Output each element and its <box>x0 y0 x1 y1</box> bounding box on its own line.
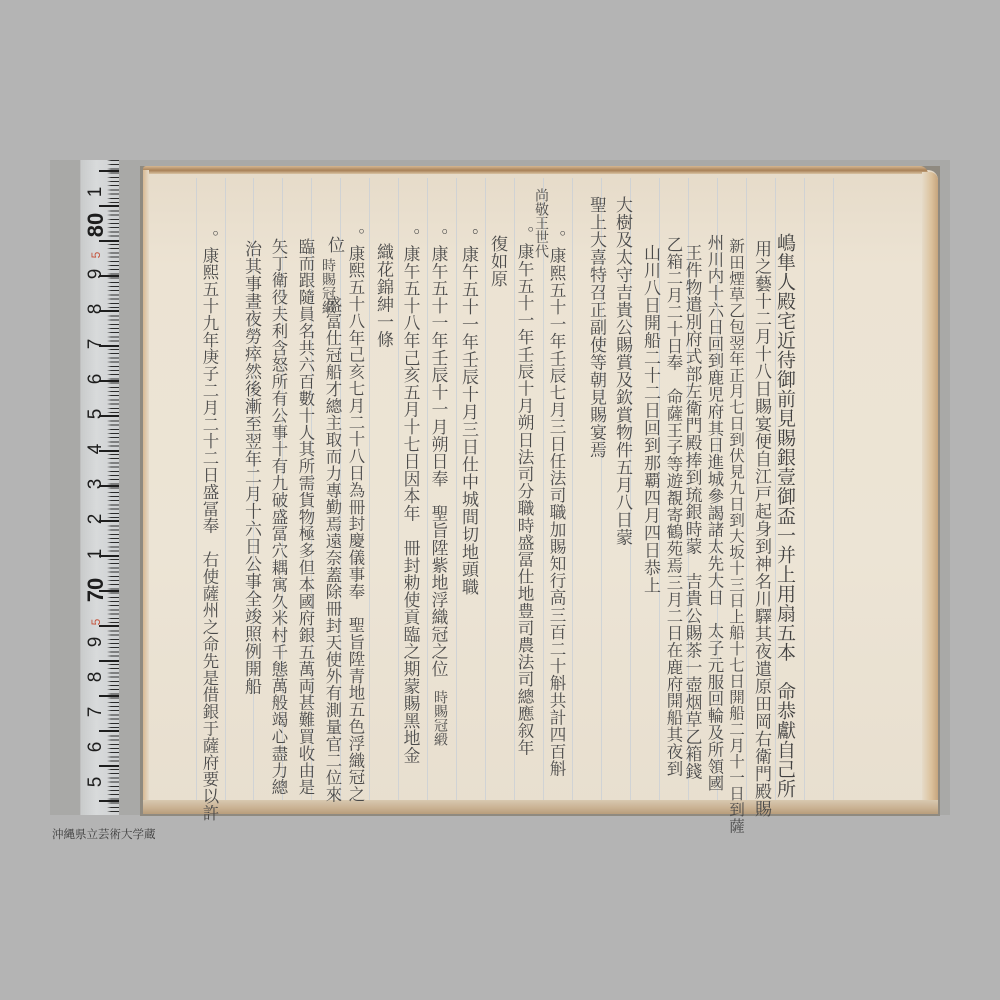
ruler-label: 9 <box>86 261 106 287</box>
text-column-7: 山川八日開船二十二日回到那覇四月四日恭上 <box>640 244 660 594</box>
text-column-1: 嶋隼人殿宅近待御前見賜銀壹御盃一并上用扇五本 命恭獻自己所 <box>775 233 795 799</box>
text-column-12: 復如原 <box>487 235 507 288</box>
ruler-label: 6 <box>86 734 106 760</box>
text-column-4: 州川内十六日回到鹿児府其日進城參謁諸太先大日 太子元服回輪及所領國 <box>704 234 724 792</box>
text-column-3: 新田煙草乙包翌年正月七日到伏見九日到大坂十三日上船十七日開船二月十一日到薩 <box>727 238 745 834</box>
page-left-edge <box>143 170 149 808</box>
ruler-major-tick <box>99 800 119 802</box>
page-bottom-edge <box>143 800 938 814</box>
ruler-label: 8 <box>86 664 106 690</box>
text-column-14: 。康午五十一年壬辰十一月朔日奉 聖旨陞紫地浮織冠之位 <box>429 228 449 678</box>
ruler-label: 5 <box>86 401 106 427</box>
page-right-edge <box>922 172 938 808</box>
ruler-label: 1 <box>86 541 106 567</box>
collection-credit: 沖縄県立芸術大学蔵 <box>52 826 156 842</box>
ruler-label: 6 <box>86 366 106 392</box>
ruled-line <box>543 178 544 800</box>
measuring-ruler: 1 80 5 9 8 7 6 5 4 3 2 1 70 5 9 8 7 6 5 <box>80 160 119 815</box>
ruler-label: 9 <box>86 629 106 655</box>
ruled-line <box>746 178 747 800</box>
ruler-ticks <box>107 160 119 815</box>
text-column-2: 用之藝十二月十八日賜宴便自江戸起身到神名川驛其夜遣原田岡右衛門殿賜 <box>751 240 771 818</box>
text-column-8: 大樹及太守吉貴公賜賞及欽賞物件五月八日蒙 <box>612 196 632 546</box>
ruled-line <box>485 178 486 800</box>
text-column-20: 矢丁衛役夫利含怒所有公事十有九破盛冨穴耦寓久米村千態萬般竭心盡力總 <box>268 238 288 796</box>
text-column-15: 。康午五十八年己亥五月十七日因本年 冊封勅使貢臨之期蒙賜黑地金 <box>401 228 421 764</box>
ruler-label: 7 <box>86 699 106 725</box>
text-column-13: 。康午五十一年壬辰十月三日仕中城間切地頭職 <box>458 228 478 596</box>
text-column-19: 臨而跟隨員名共六百數十人其所需貨物極多但本國府銀五萬両甚難買收由是 <box>295 238 315 796</box>
ruler-label: 5 <box>86 769 106 795</box>
ruled-line <box>804 178 805 800</box>
text-column-11: 。康午五十一年壬辰十月朔日法司分職時盛冨仕地豊司農法司總應叙年 <box>514 226 534 756</box>
ruled-line <box>196 178 197 800</box>
text-column-16: 織花錦紳一條 <box>373 243 393 348</box>
text-column-10: 。康熙五十一年壬辰七月三日任法司職加賜知行高三百二十斛共計四百斛 <box>546 230 566 777</box>
text-column-18-start: 位 <box>324 236 344 254</box>
ruled-line <box>456 178 457 800</box>
page-top-edge <box>143 166 928 174</box>
ruler-label: 8 <box>86 296 106 322</box>
text-column-22: 。康熙五十九年庚子二月二十二日盛冨奉 右使薩州之命先是借銀于薩府要以許 <box>199 230 219 822</box>
text-column-18: 盛冨仕冠船才總主取而力專勤焉遠奈蓋除冊封天使外有測量官二位來 <box>322 296 342 803</box>
text-column-14-note: 時賜冠緞 <box>432 690 447 746</box>
ruler-major-tick <box>99 765 119 767</box>
ruler-major-tick <box>99 660 119 662</box>
ruled-line <box>833 178 834 800</box>
text-column-17: 。康熙五十八年己亥七月二十八日為冊封慶儀事奉 聖旨陞青地五色浮織冠之 <box>345 228 365 803</box>
ruler-label: 7 <box>86 331 106 357</box>
text-column-6: 乙箱二月二十日奉 命薩王子等遊覩寄鶴苑焉三月二日在鹿府開船其夜到 <box>663 236 683 777</box>
ruler-label: 3 <box>86 471 106 497</box>
ruler-major-tick <box>99 695 119 697</box>
ruler-major-tick <box>99 730 119 732</box>
ruled-line <box>225 178 226 800</box>
ruler-major-tick <box>99 205 119 207</box>
ruled-line <box>398 178 399 800</box>
text-column-9: 聖上大喜特召正副使等朝見賜宴焉 <box>586 196 606 459</box>
ruled-line <box>572 178 573 800</box>
ruled-line <box>369 178 370 800</box>
text-column-5: 王件物遣別府式部左衛門殿捧到琉銀時蒙 吉貴公賜茶一壺烟草乙箱錢 <box>683 244 703 780</box>
ruler-label: 1 <box>86 179 106 205</box>
ruler-label: 70 <box>86 577 106 603</box>
ruler-major-tick <box>99 170 119 172</box>
ruler-label: 80 <box>86 212 106 238</box>
ruled-line <box>427 178 428 800</box>
text-column-21: 治其事晝夜勞瘁然後漸至翌年二月十六日公事全竣照例開船 <box>241 240 261 695</box>
ruler-label: 4 <box>86 436 106 462</box>
ruler-label: 2 <box>86 506 106 532</box>
manuscript-page <box>143 170 938 808</box>
